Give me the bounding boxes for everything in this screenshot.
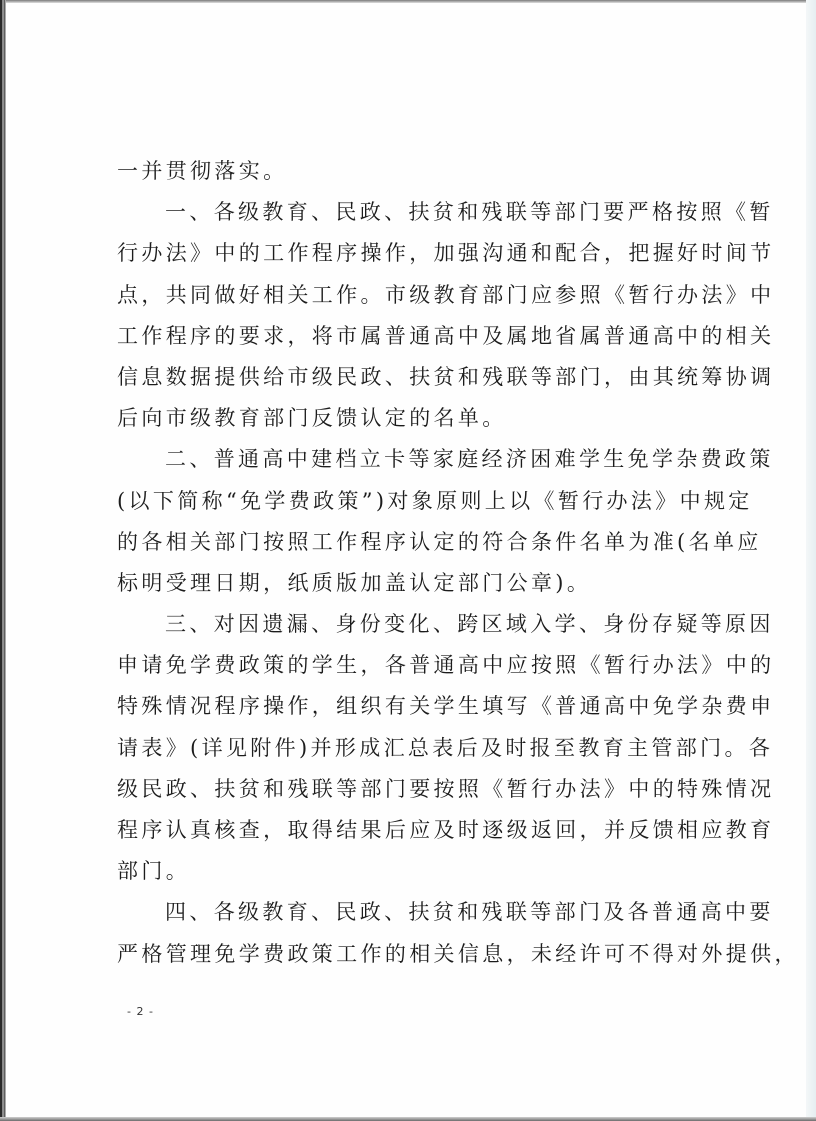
paragraph-one-start: 一、各级教育、民政、扶贫和残联等部门要严格按照《暂 <box>117 192 717 233</box>
text-line: 后向市级教育部门反馈认定的名单。 <box>117 398 717 439</box>
text-line: 标明受理日期，纸质版加盖认定部门公章)。 <box>117 563 717 604</box>
paragraph-two-start: 二、普通高中建档立卡等家庭经济困难学生免学杂费政策 <box>117 439 717 480</box>
document-body: 一并贯彻落实。 一、各级教育、民政、扶贫和残联等部门要严格按照《暂 行办法》中的… <box>117 151 717 975</box>
text-line: 级民政、扶贫和残联等部门要按照《暂行办法》中的特殊情况 <box>117 769 717 810</box>
text-line: 的各相关部门按照工作程序认定的符合条件名单为准(名单应 <box>117 522 717 563</box>
text-line: 点，共同做好相关工作。市级教育部门应参照《暂行办法》中 <box>117 275 717 316</box>
text-line: 行办法》中的工作程序操作，加强沟通和配合，把握好时间节 <box>117 233 717 274</box>
scan-border-left <box>0 0 6 1121</box>
text-line: 请表》(详见附件)并形成汇总表后及时报至教育主管部门。各 <box>117 728 717 769</box>
text-line: 严格管理免学费政策工作的相关信息，未经许可不得对外提供， <box>117 934 717 975</box>
paragraph-three-start: 三、对因遗漏、身份变化、跨区域入学、身份存疑等原因 <box>117 604 717 645</box>
text-line: 申请免学费政策的学生，各普通高中应按照《暂行办法》中的 <box>117 645 717 686</box>
document-page: 一并贯彻落实。 一、各级教育、民政、扶贫和残联等部门要严格按照《暂 行办法》中的… <box>0 0 816 1121</box>
text-line: (以下简称“免学费政策”)对象原则上以《暂行办法》中规定 <box>117 481 717 522</box>
text-line: 工作程序的要求，将市属普通高中及属地省属普通高中的相关 <box>117 316 717 357</box>
scan-border-right <box>806 0 816 1121</box>
text-line: 程序认真核查，取得结果后应及时逐级返回，并反馈相应教育 <box>117 810 717 851</box>
text-line: 一并贯彻落实。 <box>117 151 717 192</box>
scan-border-top <box>0 0 816 3</box>
text-line: 特殊情况程序操作，组织有关学生填写《普通高中免学杂费申 <box>117 686 717 727</box>
text-line: 信息数据提供给市级民政、扶贫和残联等部门，由其统筹协调 <box>117 357 717 398</box>
text-line: 部门。 <box>117 851 717 892</box>
scan-border-bottom <box>0 1117 816 1121</box>
page-number: - 2 - <box>127 1005 154 1018</box>
paragraph-four-start: 四、各级教育、民政、扶贫和残联等部门及各普通高中要 <box>117 892 717 933</box>
